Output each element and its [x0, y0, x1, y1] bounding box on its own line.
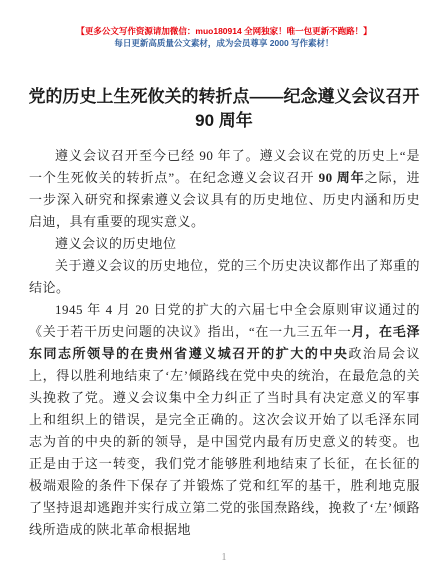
paragraph-intro: 遵义会议召开至今已经 90 年了。遵义会议在党的历史上“是一个生死攸关的转折点”…	[29, 145, 420, 233]
page-number: 1	[222, 552, 227, 563]
paragraph-1945-resolution: 1945 年 4 月 20 日党的扩大的六届七中全会原则审议通过的《关于若干历史…	[29, 299, 420, 541]
subheading-historical-status: 遵义会议的历史地位	[29, 233, 420, 255]
document-page: 【更多公文写作资源请加微信：muo180914 全网独家！唯一包更新不跑路！】 …	[0, 0, 448, 580]
paragraph-three-resolutions: 关于遵义会议的历史地位，党的三个历史决议都作出了郑重的结论。	[29, 255, 420, 299]
document-title: 党的历史上生死攸关的转折点——纪念遵义会议召开 90 周年	[24, 85, 424, 133]
header-ad-line2: 每日更新高质量公文素材，成为会员尊享 2000 写作素材！	[0, 37, 448, 49]
header-ad: 【更多公文写作资源请加微信：muo180914 全网独家！唯一包更新不跑路！】 …	[0, 0, 448, 49]
document-body: 遵义会议召开至今已经 90 年了。遵义会议在党的历史上“是一个生死攸关的转折点”…	[0, 145, 448, 541]
page-footer: 1	[0, 552, 448, 564]
header-ad-line1: 【更多公文写作资源请加微信：muo180914 全网独家！唯一包更新不跑路！】	[0, 25, 448, 37]
